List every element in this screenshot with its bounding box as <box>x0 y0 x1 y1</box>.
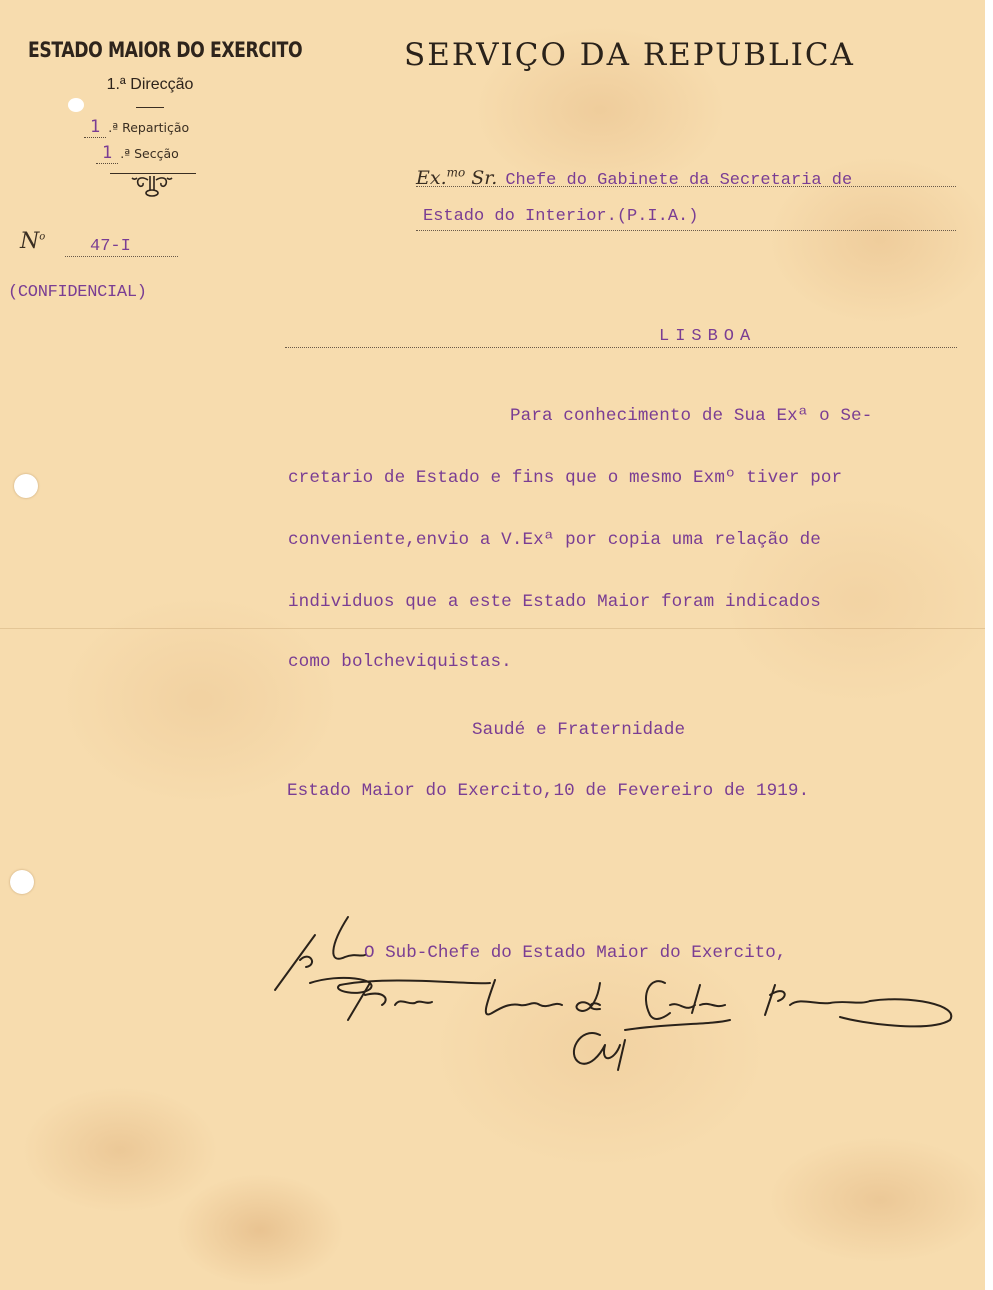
body-line: conveniente,envio a V.Exª por copia uma … <box>288 530 948 550</box>
addressee-block: Ex.mo Sr.Chefe do Gabinete da Secretaria… <box>416 160 956 231</box>
city-line: LISBOA <box>285 327 957 348</box>
letterhead-organization: ESTADO MAIOR DO EXERCITO <box>28 38 233 62</box>
body-line: como bolcheviquistas. <box>288 652 948 672</box>
divider <box>136 107 164 108</box>
ornament-icon <box>130 174 174 198</box>
section-number: 1 <box>96 143 118 164</box>
letterhead-direction: 1.ª Direcção <box>60 76 240 94</box>
place-date: Estado Maior do Exercito,10 de Fevereiro… <box>287 781 947 801</box>
page-title: SERVIÇO DA REPUBLICA <box>404 37 855 73</box>
punch-hole-icon <box>14 474 38 498</box>
punch-hole-icon <box>10 870 34 894</box>
paper-hole-icon <box>68 98 84 112</box>
honorific: Ex.mo Sr. <box>416 167 497 189</box>
body-line: Para conhecimento de Sua Exª o Se- <box>510 406 993 426</box>
document-page: ESTADO MAIOR DO EXERCITO 1.ª Direcção 1.… <box>0 0 985 1290</box>
number-label: No <box>20 229 45 254</box>
repartition-number: 1 <box>84 117 106 138</box>
body-line: cretario de Estado e fins que o mesmo Ex… <box>288 468 948 488</box>
city: LISBOA <box>659 327 756 346</box>
paper-fold-crease <box>0 628 985 629</box>
classification-label: (CONFIDENCIAL) <box>8 283 147 302</box>
body-line: individuos que a este Estado Maior foram… <box>288 592 948 612</box>
addressee-line-2: Estado do Interior.(P.I.A.) <box>416 204 956 231</box>
closing: Saudé e Fraternidade <box>472 720 993 740</box>
letterhead-section: 1.ª Secção <box>96 143 179 164</box>
addressee-line-1: Ex.mo Sr.Chefe do Gabinete da Secretaria… <box>416 160 956 187</box>
handwritten-signature-icon <box>270 905 970 1085</box>
letterhead-repartition: 1.ª Repartição <box>84 117 189 138</box>
document-number: 47-I <box>65 238 178 257</box>
